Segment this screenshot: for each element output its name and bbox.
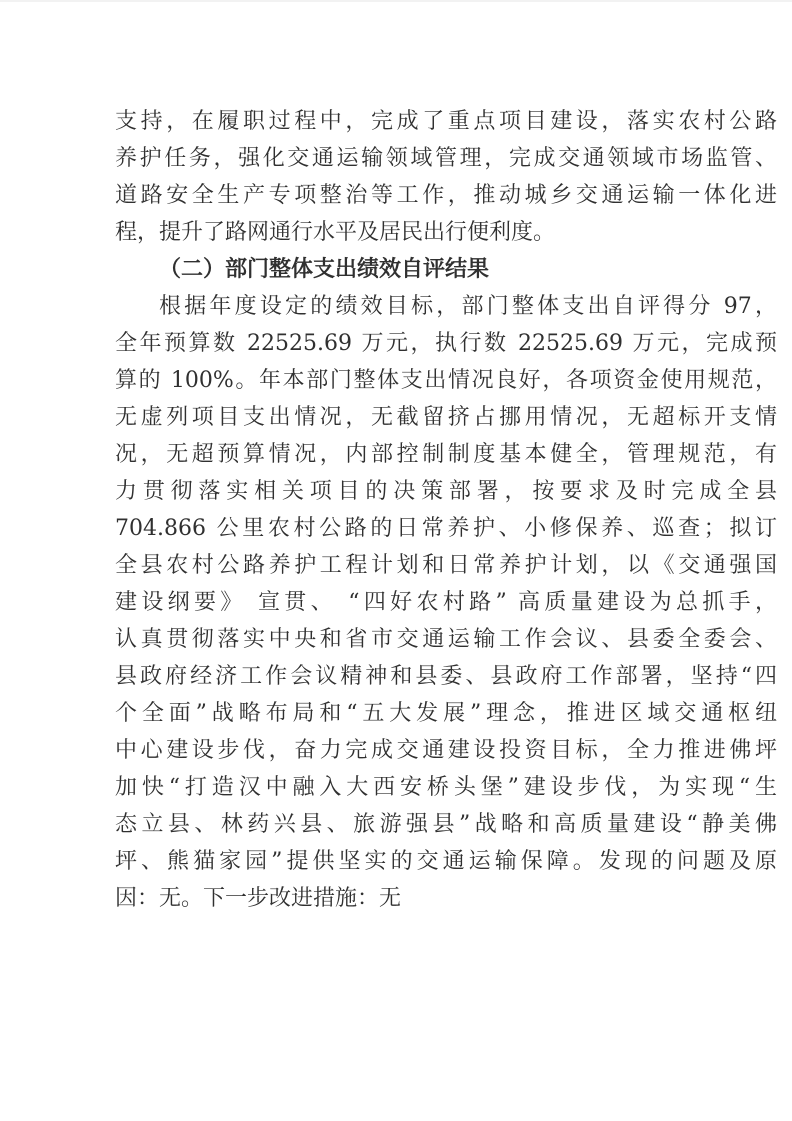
continuation-paragraph-line-2: 养护任务，强化交通运输领域管理，完成交通领域市场监管、 xyxy=(115,140,777,177)
document-body: 支持，在履职过程中，完成了重点项目建设，落实农村公路养护任务，强化交通运输领域管… xyxy=(115,103,777,917)
self-evaluation-paragraph-line-1: 根据年度设定的绩效目标，部门整体支出自评得分 97， xyxy=(115,288,777,325)
self-evaluation-paragraph-line-17: 因：无。下一步改进措施：无 xyxy=(115,880,777,917)
self-evaluation-paragraph-line-7: 704.866 公里农村公路的日常养护、小修保养、巡查；拟订 xyxy=(115,510,777,547)
self-evaluation-paragraph-line-6: 力贯彻落实相关项目的决策部署，按要求及时完成全县 xyxy=(115,473,777,510)
page-top-edge xyxy=(0,0,792,2)
self-evaluation-paragraph-line-12: 个全面”战略布局和“五大发展”理念，推进区域交通枢纽 xyxy=(115,695,777,732)
self-evaluation-paragraph-line-11: 县政府经济工作会议精神和县委、县政府工作部署，坚持“四 xyxy=(115,658,777,695)
continuation-paragraph-line-3: 道路安全生产专项整治等工作，推动城乡交通运输一体化进 xyxy=(115,177,777,214)
document-page: 支持，在履职过程中，完成了重点项目建设，落实农村公路养护任务，强化交通运输领域管… xyxy=(0,0,792,1121)
self-evaluation-paragraph-line-13: 中心建设步伐，奋力完成交通建设投资目标，全力推进佛坪 xyxy=(115,732,777,769)
continuation-paragraph-line-1: 支持，在履职过程中，完成了重点项目建设，落实农村公路 xyxy=(115,103,777,140)
self-evaluation-paragraph-line-8: 全县农村公路养护工程计划和日常养护计划，以《交通强国 xyxy=(115,547,777,584)
self-evaluation-paragraph-line-10: 认真贯彻落实中央和省市交通运输工作会议、县委全委会、 xyxy=(115,621,777,658)
self-evaluation-paragraph-line-3: 算的 100%。年本部门整体支出情况良好，各项资金使用规范， xyxy=(115,362,777,399)
self-evaluation-paragraph-line-2: 全年预算数 22525.69 万元，执行数 22525.69 万元，完成预 xyxy=(115,325,777,362)
section-heading-line-1: （二）部门整体支出绩效自评结果 xyxy=(115,251,777,288)
continuation-paragraph-line-4: 程，提升了路网通行水平及居民出行便利度。 xyxy=(115,214,777,251)
self-evaluation-paragraph-line-16: 坪、熊猫家园”提供坚实的交通运输保障。发现的问题及原 xyxy=(115,843,777,880)
self-evaluation-paragraph-line-9: 建设纲要》 宣贯、 “四好农村路” 高质量建设为总抓手， xyxy=(115,584,777,621)
self-evaluation-paragraph-line-14: 加快“打造汉中融入大西安桥头堡”建设步伐，为实现“生 xyxy=(115,769,777,806)
self-evaluation-paragraph-line-4: 无虚列项目支出情况，无截留挤占挪用情况，无超标开支情 xyxy=(115,399,777,436)
self-evaluation-paragraph-line-5: 况，无超预算情况，内部控制制度基本健全，管理规范，有 xyxy=(115,436,777,473)
self-evaluation-paragraph-line-15: 态立县、林药兴县、旅游强县”战略和高质量建设“静美佛 xyxy=(115,806,777,843)
